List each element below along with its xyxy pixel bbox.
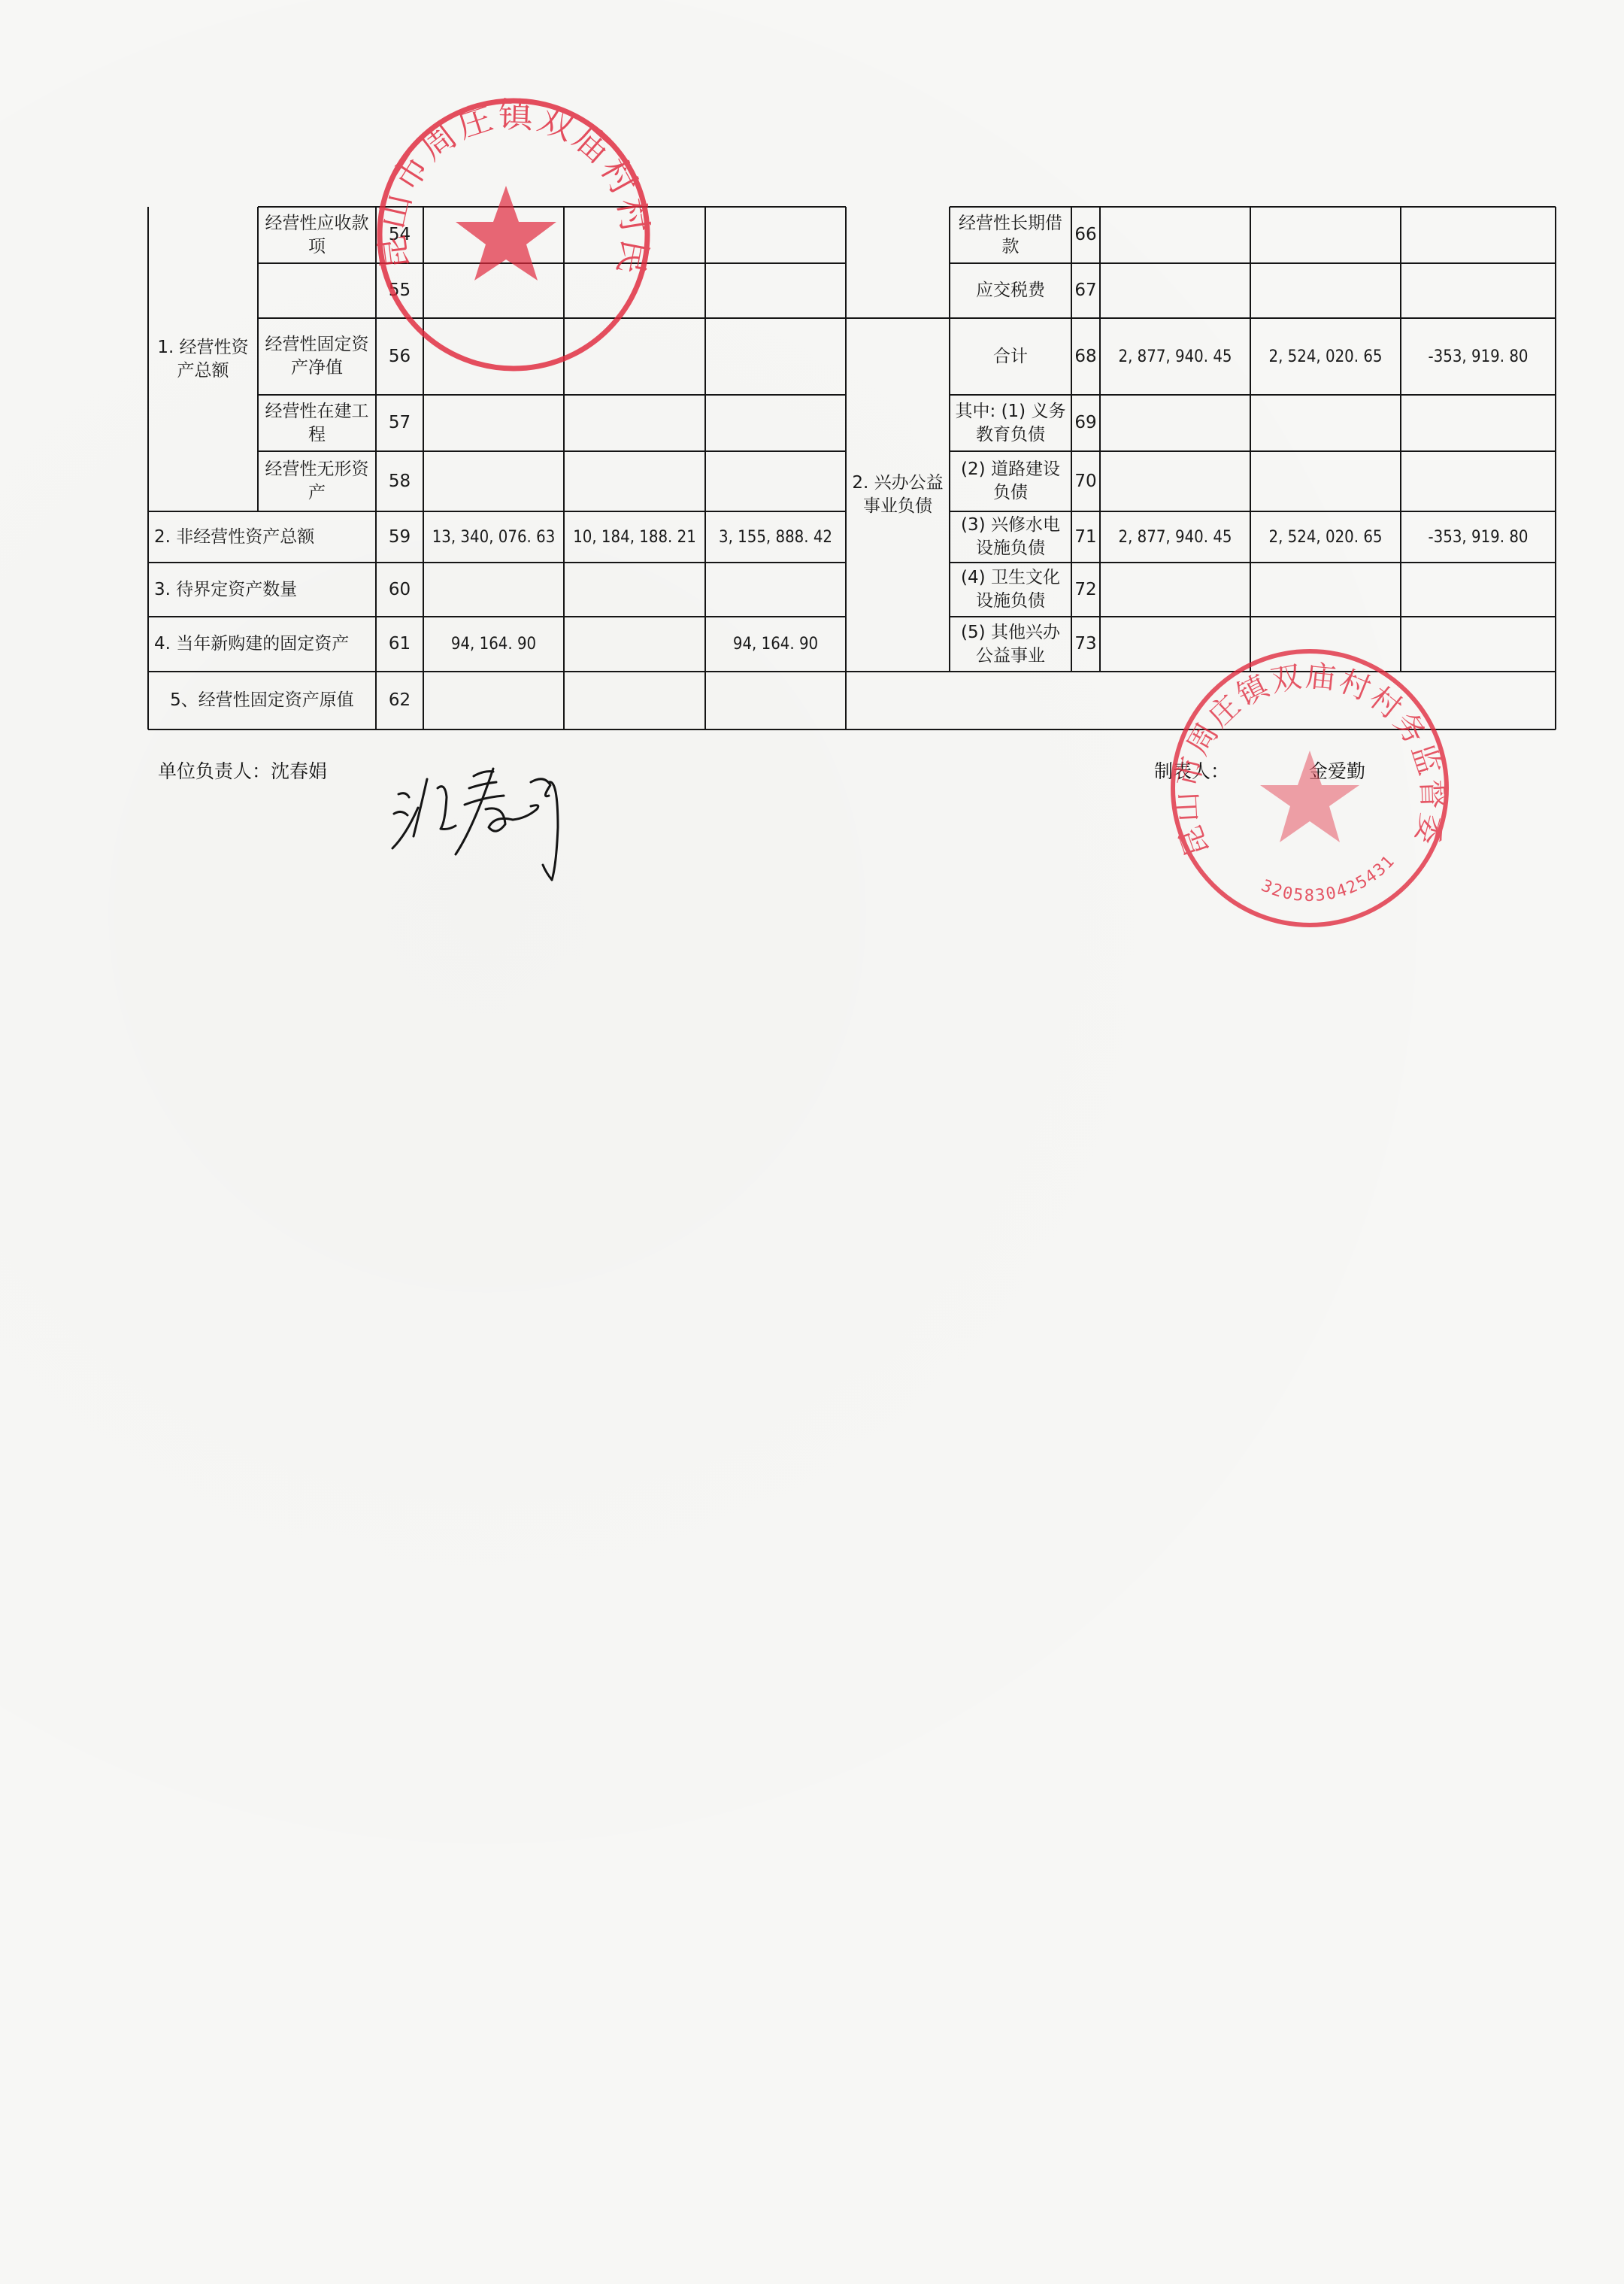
value-cell: -353, 919. 80	[1401, 318, 1556, 395]
row-label: 4. 当年新购建的固定资产	[148, 617, 376, 672]
line-number: 57	[376, 395, 423, 451]
scanned-page: 1. 经营性资产总额经营性应收款项5455经营性固定资产净值56经营性在建工程5…	[0, 0, 1624, 2284]
value-cell	[1401, 395, 1556, 451]
stamp-code: 3205830425431	[1259, 851, 1399, 905]
table-grid-line	[258, 394, 846, 396]
table-grid-line	[257, 207, 259, 511]
value-cell	[564, 617, 705, 672]
row-sub-label: 其中: (1) 义务教育负债	[950, 395, 1071, 451]
value-cell	[1401, 207, 1556, 263]
row-sub-label: (2) 道路建设负债	[950, 451, 1071, 511]
row-sub-label: 合计	[950, 318, 1071, 395]
line-number: 54	[376, 207, 423, 263]
table-grid-line	[950, 450, 1556, 452]
value-cell: 2, 877, 940. 45	[1100, 318, 1250, 395]
table-grid-line	[148, 511, 846, 512]
group-operating-assets-label: 1. 经营性资产总额	[148, 207, 258, 511]
value-cell	[705, 451, 846, 511]
line-number: 59	[376, 511, 423, 563]
value-cell	[564, 395, 705, 451]
table-grid-line	[846, 671, 1556, 672]
line-number: 73	[1071, 617, 1100, 672]
table-grid-line	[1400, 207, 1401, 672]
row-sub-label: 经营性固定资产净值	[258, 318, 376, 395]
table-grid-line	[1555, 207, 1556, 729]
handwritten-signature	[383, 752, 632, 887]
value-cell	[564, 672, 705, 729]
table-grid-line	[148, 616, 846, 617]
table-grid-line	[375, 207, 377, 729]
table-grid-line	[148, 671, 846, 672]
table-grid-line	[950, 262, 1556, 264]
value-cell: 2, 877, 940. 45	[1100, 511, 1250, 563]
table-grid-line	[704, 207, 706, 729]
line-number: 72	[1071, 563, 1100, 617]
value-cell	[1401, 263, 1556, 318]
table-grid-line	[950, 394, 1556, 396]
table-grid-line	[1099, 207, 1101, 672]
line-number: 55	[376, 263, 423, 318]
row-sub-label: 经营性长期借款	[950, 207, 1071, 263]
table-grid-line	[148, 562, 846, 563]
table-grid-line	[258, 317, 846, 319]
value-cell	[1100, 563, 1250, 617]
value-cell	[564, 563, 705, 617]
table-grid-line	[950, 511, 1556, 512]
value-cell	[564, 318, 705, 395]
table-grid-line	[950, 616, 1556, 617]
value-cell	[423, 318, 564, 395]
value-cell	[423, 672, 564, 729]
value-cell	[1250, 395, 1401, 451]
value-cell	[1100, 207, 1250, 263]
value-cell: 2, 524, 020. 65	[1250, 511, 1401, 563]
value-cell: 94, 164. 90	[705, 617, 846, 672]
value-cell	[423, 395, 564, 451]
value-cell	[564, 451, 705, 511]
line-number: 62	[376, 672, 423, 729]
line-number: 56	[376, 318, 423, 395]
table-grid-line	[563, 207, 565, 729]
value-cell	[564, 263, 705, 318]
value-cell: 13, 340, 076. 63	[423, 511, 564, 563]
line-number: 71	[1071, 511, 1100, 563]
line-number: 58	[376, 451, 423, 511]
value-cell	[1250, 617, 1401, 672]
value-cell: 3, 155, 888. 42	[705, 511, 846, 563]
row-sub-label: 应交税费	[950, 263, 1071, 318]
value-cell	[705, 318, 846, 395]
preparer-label: 制表人：	[1154, 757, 1229, 784]
value-cell	[564, 207, 705, 263]
value-cell	[705, 563, 846, 617]
table-grid-line	[950, 206, 1556, 208]
table-grid-line	[148, 729, 846, 730]
value-cell	[705, 395, 846, 451]
row-label: 3. 待界定资产数量	[148, 563, 376, 617]
value-cell	[423, 263, 564, 318]
value-cell	[423, 451, 564, 511]
unit-responsible-label: 单位负责人：沈春娟	[158, 757, 327, 784]
line-number: 70	[1071, 451, 1100, 511]
value-cell: 2, 524, 020. 65	[1250, 318, 1401, 395]
row-sub-label: 经营性无形资产	[258, 451, 376, 511]
table-grid-line	[423, 207, 424, 729]
line-number: 61	[376, 617, 423, 672]
value-cell	[705, 207, 846, 263]
value-cell	[705, 672, 846, 729]
value-cell	[423, 207, 564, 263]
value-cell	[705, 263, 846, 318]
svg-text:3205830425431: 3205830425431	[1259, 851, 1399, 905]
table-grid-line	[846, 317, 1556, 319]
value-cell	[1100, 395, 1250, 451]
row-sub-label: (3) 兴修水电设施负债	[950, 511, 1071, 563]
preparer-name: 金爱勤	[1309, 757, 1365, 784]
row-label: 2. 非经营性资产总额	[148, 511, 376, 563]
row-sub-label: 经营性应收款项	[258, 207, 376, 263]
row-sub-label	[258, 263, 376, 318]
group-public-welfare-debt-label: 2. 兴办公益事业负债	[846, 318, 950, 672]
value-cell	[1401, 563, 1556, 617]
value-cell: -353, 919. 80	[1401, 511, 1556, 563]
table-grid-line	[1250, 207, 1251, 672]
line-number: 66	[1071, 207, 1100, 263]
value-cell	[1250, 207, 1401, 263]
row-sub-label: 经营性在建工程	[258, 395, 376, 451]
value-cell	[1100, 617, 1250, 672]
table-grid-line	[949, 207, 950, 672]
value-cell	[1401, 451, 1556, 511]
value-cell	[1250, 451, 1401, 511]
row-sub-label: (4) 卫生文化设施负债	[950, 563, 1071, 617]
value-cell	[1100, 263, 1250, 318]
table-grid-line	[147, 207, 149, 729]
row-label: 5、经营性固定资产原值	[148, 672, 376, 729]
line-number: 60	[376, 563, 423, 617]
asset-liability-table: 1. 经营性资产总额经营性应收款项5455经营性固定资产净值56经营性在建工程5…	[148, 207, 1556, 729]
line-number: 67	[1071, 263, 1100, 318]
table-grid-line	[845, 207, 847, 729]
table-grid-line	[258, 206, 846, 208]
table-grid-line	[846, 729, 1556, 730]
table-grid-line	[258, 450, 846, 452]
value-cell	[1250, 563, 1401, 617]
row-sub-label: (5) 其他兴办公益事业	[950, 617, 1071, 672]
value-cell	[423, 563, 564, 617]
value-cell: 10, 184, 188. 21	[564, 511, 705, 563]
value-cell: 94, 164. 90	[423, 617, 564, 672]
table-grid-line	[1071, 207, 1072, 672]
table-grid-line	[950, 562, 1556, 563]
value-cell	[1100, 451, 1250, 511]
line-number: 69	[1071, 395, 1100, 451]
value-cell	[1250, 263, 1401, 318]
line-number: 68	[1071, 318, 1100, 395]
table-grid-line	[258, 262, 846, 264]
value-cell	[1401, 617, 1556, 672]
